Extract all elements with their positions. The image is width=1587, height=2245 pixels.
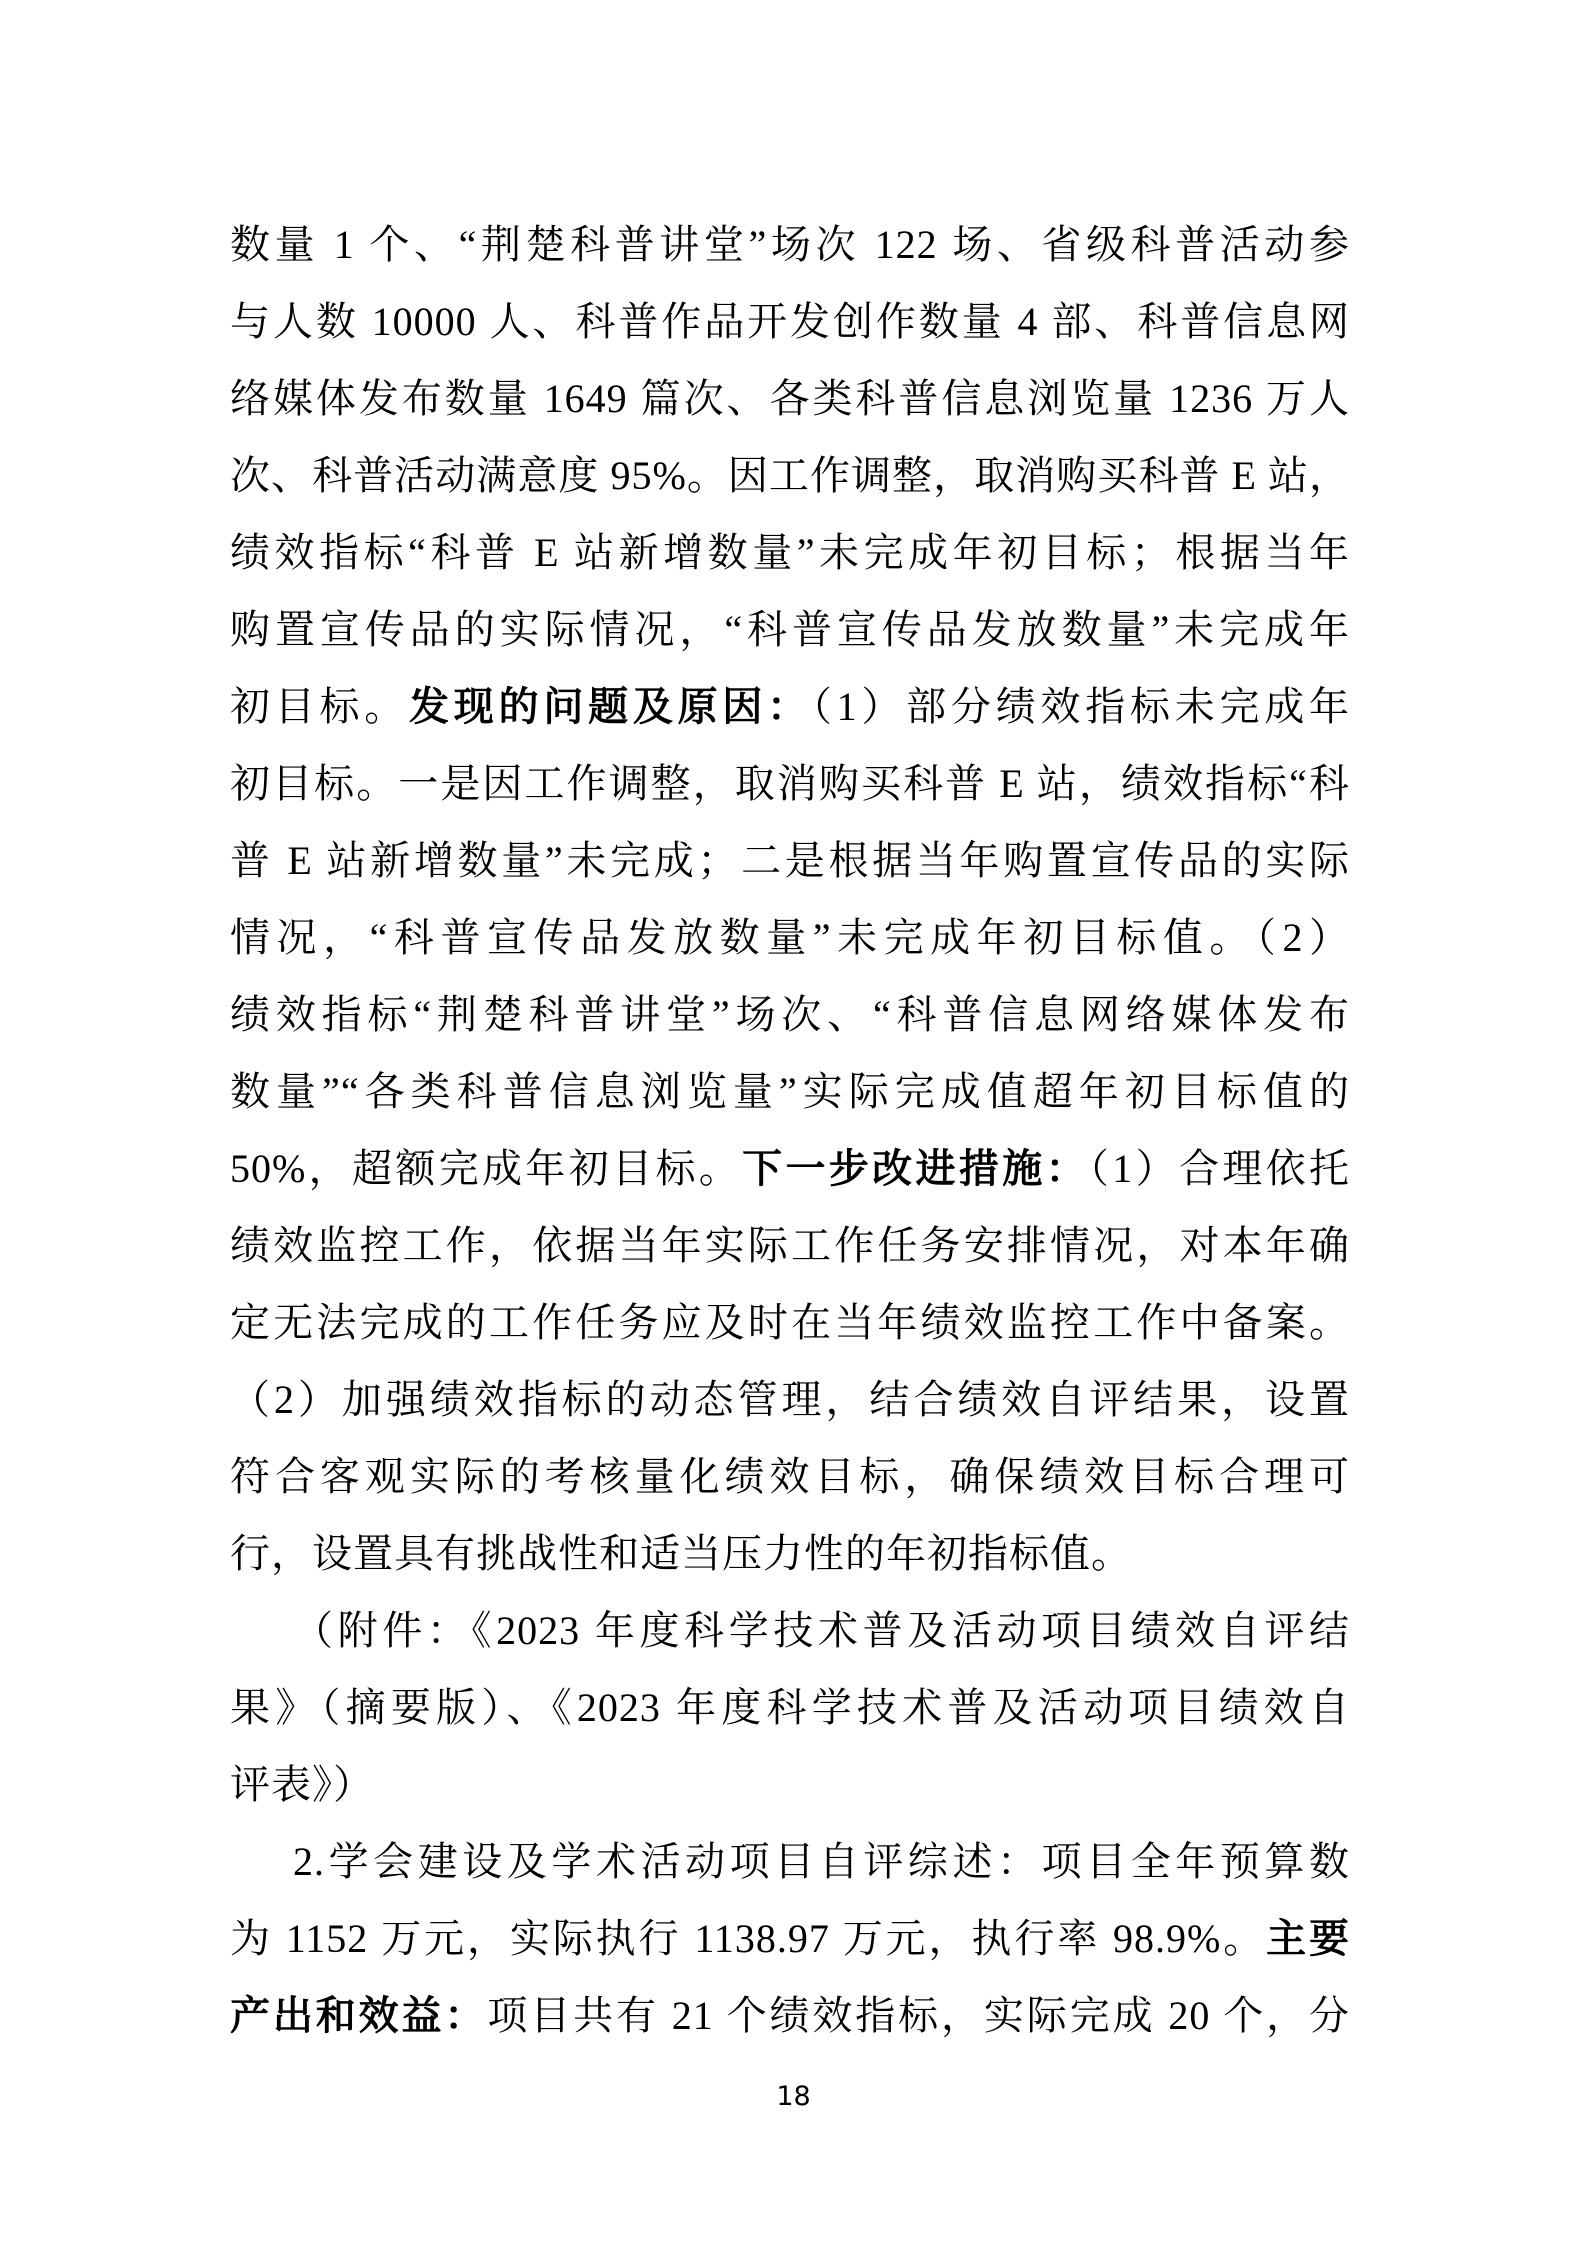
- text-line: 次、科普活动满意度 95%。因工作调整，取消购买科普 E 站，: [230, 437, 1350, 514]
- text-line: 定无法完成的工作任务应及时在当年绩效监控工作中备案。: [230, 1284, 1350, 1361]
- text-run: 普 E 站新增数量”未完成；二是根据当年购置宣传品的实际: [230, 838, 1350, 883]
- text-run: 次、科普活动满意度 95%。因工作调整，取消购买科普 E 站，: [230, 453, 1350, 498]
- text-run: 2.学会建设及学术活动项目自评综述：项目全年预算数: [293, 1839, 1350, 1884]
- text-line: 行，设置具有挑战性和适当压力性的年初指标值。: [230, 1515, 1350, 1592]
- text-run: 定无法完成的工作任务应及时在当年绩效监控工作中备案。: [230, 1300, 1350, 1345]
- text-line: 果》（摘要版）、《2023 年度科学技术普及活动项目绩效自: [230, 1669, 1350, 1746]
- text-run: 情况，“科普宣传品发放数量”未完成年初目标值。（2）: [230, 915, 1350, 960]
- text-run: 50%，超额完成年初目标。: [230, 1146, 742, 1191]
- text-run: 数量”“各类科普信息浏览量”实际完成值超年初目标值的: [230, 1069, 1350, 1114]
- text-run: （1）部分绩效指标未完成年: [812, 684, 1350, 729]
- text-line: 普 E 站新增数量”未完成；二是根据当年购置宣传品的实际: [230, 822, 1350, 899]
- text-line: 购置宣传品的实际情况，“科普宣传品发放数量”未完成年: [230, 591, 1350, 668]
- text-run: 为 1152 万元，实际执行 1138.97 万元，执行率 98.9%。: [230, 1916, 1266, 1961]
- text-run: 与人数 10000 人、科普作品开发创作数量 4 部、科普信息网: [230, 299, 1350, 344]
- text-line: 为 1152 万元，实际执行 1138.97 万元，执行率 98.9%。主要: [230, 1900, 1350, 1977]
- bold-text-run: 主要: [1266, 1916, 1350, 1961]
- text-run: 绩效监控工作，依据当年实际工作任务安排情况，对本年确: [230, 1223, 1350, 1268]
- text-run: （附件：《2023 年度科学技术普及活动项目绩效自评结: [293, 1608, 1350, 1653]
- text-run: 行，设置具有挑战性和适当压力性的年初指标值。: [230, 1531, 1132, 1576]
- text-run: 购置宣传品的实际情况，“科普宣传品发放数量”未完成年: [230, 607, 1350, 652]
- document-page: 数量 1 个、“荆楚科普讲堂”场次 122 场、省级科普活动参与人数 10000…: [0, 0, 1587, 2245]
- text-run: 项目共有 21 个绩效指标，实际完成 20 个，分: [487, 1993, 1350, 2038]
- text-line: 数量”“各类科普信息浏览量”实际完成值超年初目标值的: [230, 1053, 1350, 1130]
- paragraph-3: 2.学会建设及学术活动项目自评综述：项目全年预算数为 1152 万元，实际执行 …: [230, 1823, 1350, 2054]
- text-line: 初目标。一是因工作调整，取消购买科普 E 站，绩效指标“科: [230, 745, 1350, 822]
- text-run: 数量 1 个、“荆楚科普讲堂”场次 122 场、省级科普活动参: [230, 222, 1350, 267]
- text-line: 符合客观实际的考核量化绩效目标，确保绩效目标合理可: [230, 1438, 1350, 1515]
- paragraph-2: （附件：《2023 年度科学技术普及活动项目绩效自评结果》（摘要版）、《2023…: [230, 1592, 1350, 1823]
- text-line: （附件：《2023 年度科学技术普及活动项目绩效自评结: [230, 1592, 1350, 1669]
- page-number: 18: [0, 2080, 1587, 2114]
- text-line: 情况，“科普宣传品发放数量”未完成年初目标值。（2）: [230, 899, 1350, 976]
- text-line: 绩效指标“科普 E 站新增数量”未完成年初目标；根据当年: [230, 514, 1350, 591]
- text-line: 2.学会建设及学术活动项目自评综述：项目全年预算数: [230, 1823, 1350, 1900]
- text-line: 产出和效益：项目共有 21 个绩效指标，实际完成 20 个，分: [230, 1977, 1350, 2054]
- text-run: （1）合理依托: [1089, 1146, 1350, 1191]
- text-run: 络媒体发布数量 1649 篇次、各类科普信息浏览量 1236 万人: [230, 376, 1350, 421]
- bold-text-run: 下一步改进措施：: [742, 1146, 1089, 1191]
- text-run: （2）加强绩效指标的动态管理，结合绩效自评结果，设置: [230, 1377, 1350, 1422]
- paragraph-1: 数量 1 个、“荆楚科普讲堂”场次 122 场、省级科普活动参与人数 10000…: [230, 206, 1350, 1592]
- text-run: 初目标。: [230, 684, 409, 729]
- text-line: 50%，超额完成年初目标。下一步改进措施：（1）合理依托: [230, 1130, 1350, 1207]
- text-line: 评表》）: [230, 1746, 1350, 1823]
- document-body: 数量 1 个、“荆楚科普讲堂”场次 122 场、省级科普活动参与人数 10000…: [230, 206, 1350, 2054]
- bold-text-run: 发现的问题及原因：: [409, 684, 812, 729]
- text-line: 绩效监控工作，依据当年实际工作任务安排情况，对本年确: [230, 1207, 1350, 1284]
- text-run: 绩效指标“科普 E 站新增数量”未完成年初目标；根据当年: [230, 530, 1350, 575]
- text-line: 络媒体发布数量 1649 篇次、各类科普信息浏览量 1236 万人: [230, 360, 1350, 437]
- text-run: 初目标。一是因工作调整，取消购买科普 E 站，绩效指标“科: [230, 761, 1350, 806]
- text-run: 评表》）: [230, 1762, 374, 1807]
- text-line: 初目标。发现的问题及原因：（1）部分绩效指标未完成年: [230, 668, 1350, 745]
- text-run: 符合客观实际的考核量化绩效目标，确保绩效目标合理可: [230, 1454, 1350, 1499]
- text-line: 绩效指标“荆楚科普讲堂”场次、“科普信息网络媒体发布: [230, 976, 1350, 1053]
- text-line: 与人数 10000 人、科普作品开发创作数量 4 部、科普信息网: [230, 283, 1350, 360]
- text-line: （2）加强绩效指标的动态管理，结合绩效自评结果，设置: [230, 1361, 1350, 1438]
- text-line: 数量 1 个、“荆楚科普讲堂”场次 122 场、省级科普活动参: [230, 206, 1350, 283]
- bold-text-run: 产出和效益：: [230, 1993, 487, 2038]
- text-run: 果》（摘要版）、《2023 年度科学技术普及活动项目绩效自: [230, 1685, 1350, 1730]
- text-run: 绩效指标“荆楚科普讲堂”场次、“科普信息网络媒体发布: [230, 992, 1350, 1037]
